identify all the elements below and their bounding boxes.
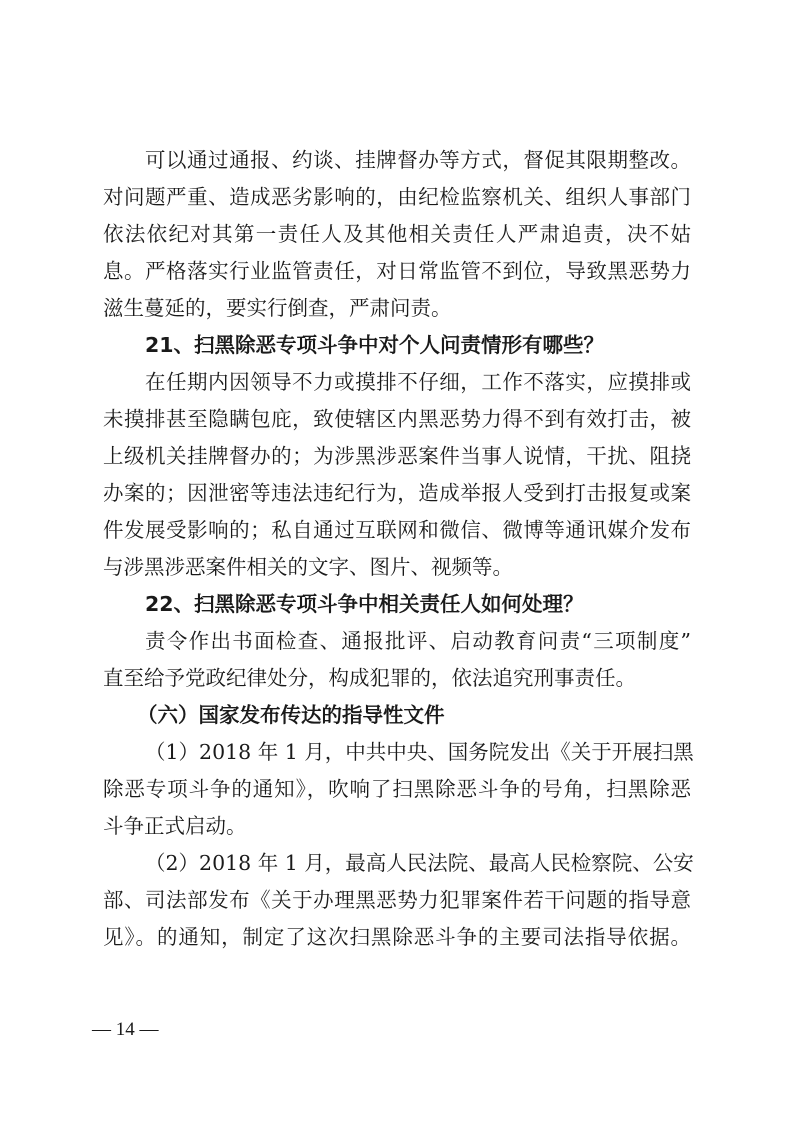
paragraph-line: 在任期内因领导不力或摸排不仔细，工作不落实，应摸排或 bbox=[145, 364, 691, 401]
paragraph-line: 直至给予党政纪律处分，构成犯罪的，依法追究刑事责任。 bbox=[103, 660, 691, 697]
paragraph-line: 息。严格落实行业监管责任，对日常监管不到位，导致黑恶势力 bbox=[103, 253, 691, 290]
page-number: — 14 — bbox=[92, 1018, 159, 1042]
paragraph-line: 滋生蔓延的，要实行倒查，严肃问责。 bbox=[103, 290, 691, 327]
document-page: 可以通过通报、约谈、挂牌督办等方式，督促其限期整改。 对问题严重、造成恶劣影响的… bbox=[0, 0, 793, 1122]
paragraph-line: 斗争正式启动。 bbox=[103, 808, 691, 845]
section-heading-6: （六）国家发布传达的指导性文件 bbox=[137, 697, 683, 734]
paragraph-line: 部、司法部发布《关于办理黑恶势力犯罪案件若干问题的指导意 bbox=[103, 882, 691, 919]
paragraph-line: （2）2018 年 1 月，最高人民法院、最高人民检察院、公安 bbox=[145, 845, 691, 882]
paragraph-line: 件发展受影响的；私自通过互联网和微信、微博等通讯媒介发布 bbox=[103, 512, 691, 549]
section-heading-22: 22、扫黑除恶专项斗争中相关责任人如何处理？ bbox=[145, 586, 691, 623]
paragraph-line: 见》。的通知，制定了这次扫黑除恶斗争的主要司法指导依据。 bbox=[103, 919, 691, 956]
paragraph-line: 与涉黑涉恶案件相关的文字、图片、视频等。 bbox=[103, 549, 691, 586]
paragraph-line: （1）2018 年 1 月，中共中央、国务院发出《关于开展扫黑 bbox=[145, 734, 691, 771]
paragraph-line: 未摸排甚至隐瞒包庇，致使辖区内黑恶势力得不到有效打击，被 bbox=[103, 401, 691, 438]
paragraph-line: 除恶专项斗争的通知》，吹响了扫黑除恶斗争的号角，扫黑除恶 bbox=[103, 771, 691, 808]
paragraph-line: 上级机关挂牌督办的；为涉黑涉恶案件当事人说情，干扰、阻挠 bbox=[103, 438, 691, 475]
paragraph-line: 办案的；因泄密等违法违纪行为，造成举报人受到打击报复或案 bbox=[103, 475, 691, 512]
paragraph-line: 责令作出书面检查、通报批评、启动教育问责“三项制度” bbox=[145, 623, 691, 660]
paragraph-line: 可以通过通报、约谈、挂牌督办等方式，督促其限期整改。 bbox=[145, 142, 691, 179]
paragraph-line: 依法依纪对其第一责任人及其他相关责任人严肃追责，决不姑 bbox=[103, 216, 691, 253]
section-heading-21: 21、扫黑除恶专项斗争中对个人问责情形有哪些？ bbox=[145, 327, 691, 364]
paragraph-line: 对问题严重、造成恶劣影响的，由纪检监察机关、组织人事部门 bbox=[103, 179, 691, 216]
